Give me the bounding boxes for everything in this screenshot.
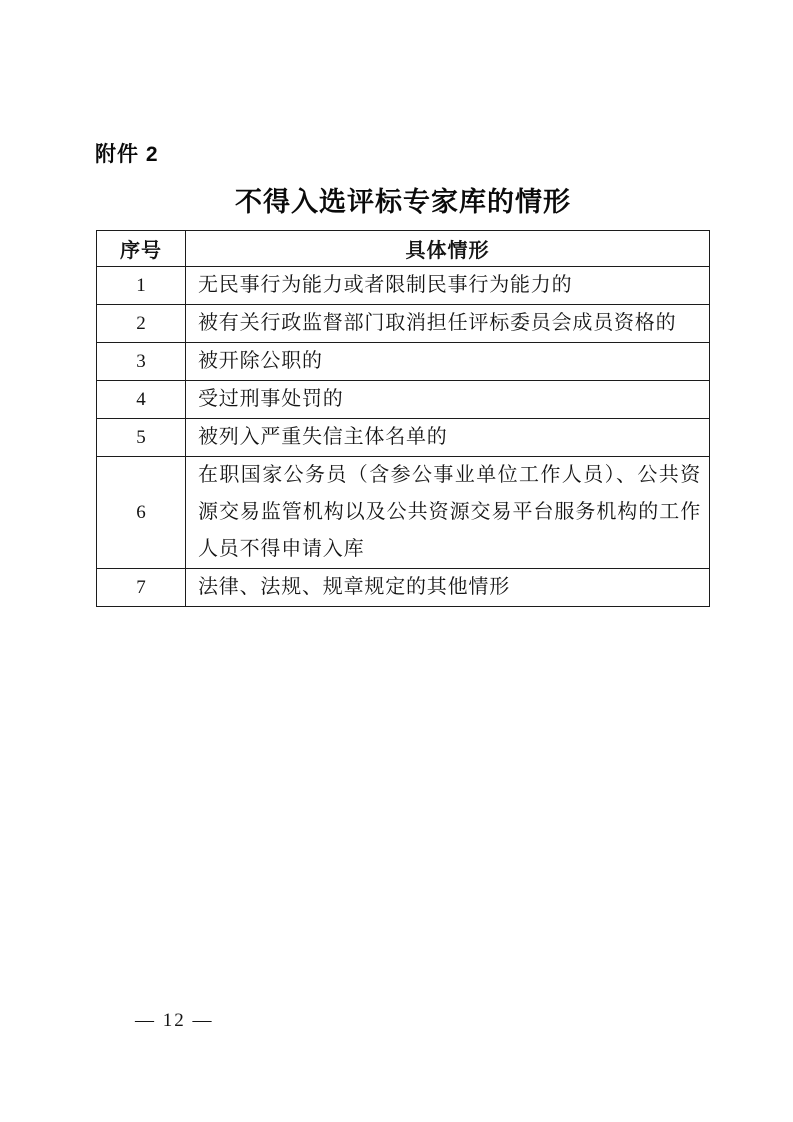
row-situation-text: 法律、法规、规章规定的其他情形 [186, 569, 710, 607]
table-row: 5 被列入严重失信主体名单的 [97, 419, 710, 457]
row-situation-text: 无民事行为能力或者限制民事行为能力的 [186, 267, 710, 305]
row-number: 1 [97, 267, 186, 305]
row-situation-text: 在职国家公务员（含参公事业单位工作人员）、公共资源交易监管机构以及公共资源交易平… [186, 457, 710, 569]
row-number: 5 [97, 419, 186, 457]
table-row: 7 法律、法规、规章规定的其他情形 [97, 569, 710, 607]
row-number: 4 [97, 381, 186, 419]
attachment-label: 附件 2 [95, 138, 159, 168]
row-situation-text: 被有关行政监督部门取消担任评标委员会成员资格的 [186, 305, 710, 343]
row-situation-text: 被列入严重失信主体名单的 [186, 419, 710, 457]
table-row: 6 在职国家公务员（含参公事业单位工作人员）、公共资源交易监管机构以及公共资源交… [97, 457, 710, 569]
table-header-row: 序号 具体情形 [97, 231, 710, 267]
row-number: 6 [97, 457, 186, 569]
row-situation-text: 受过刑事处罚的 [186, 381, 710, 419]
situations-table: 序号 具体情形 1 无民事行为能力或者限制民事行为能力的 2 被有关行政监督部门… [96, 230, 710, 607]
row-situation-text: 被开除公职的 [186, 343, 710, 381]
table-row: 1 无民事行为能力或者限制民事行为能力的 [97, 267, 710, 305]
page-title: 不得入选评标专家库的情形 [96, 180, 710, 219]
table-row: 2 被有关行政监督部门取消担任评标委员会成员资格的 [97, 305, 710, 343]
header-cell-no: 序号 [97, 231, 186, 267]
page-number: — 12 — [135, 1010, 214, 1032]
table-row: 4 受过刑事处罚的 [97, 381, 710, 419]
table-row: 3 被开除公职的 [97, 343, 710, 381]
document-page: 附件 2 不得入选评标专家库的情形 序号 具体情形 1 无民事行为能力或者限制民… [0, 0, 793, 1122]
row-number: 7 [97, 569, 186, 607]
row-number: 3 [97, 343, 186, 381]
row-number: 2 [97, 305, 186, 343]
header-cell-situation: 具体情形 [186, 231, 710, 267]
